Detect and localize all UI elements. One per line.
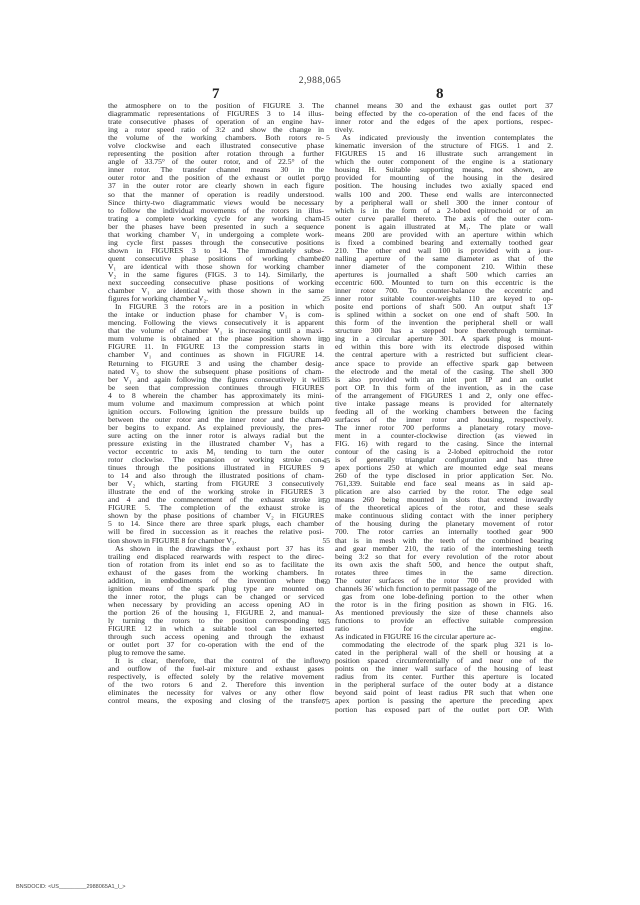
- text-line: cated in the peripheral wall of the shel…: [335, 649, 553, 657]
- text-line: to 14 and also through the illustrated p…: [108, 472, 324, 480]
- text-line: outer curve parallel thereto. The axis o…: [335, 215, 553, 223]
- text-line: In FIGURE 3 the rotors are in a position…: [108, 303, 324, 311]
- text-line: apertures is journalled a shaft 500 whic…: [335, 271, 553, 279]
- text-line: nated V₃ to show the subsequent phase po…: [108, 368, 324, 376]
- text-line: FIGURE 5. The completion of the exhaust …: [108, 504, 324, 512]
- text-line: posite end portions of shaft 500. An out…: [335, 303, 553, 311]
- text-line: ing cycle first passes through the conse…: [108, 239, 324, 247]
- text-line: rotor clockwise. The expansion or workin…: [108, 456, 324, 464]
- text-line: that working chamber V₁ in undergoing a …: [108, 231, 324, 239]
- text-line: and 4 and the commencement of the exhaus…: [108, 496, 324, 504]
- text-line: the volume of the working chambers. Both…: [108, 134, 324, 142]
- text-line: shown by the phase positions of chamber …: [108, 512, 324, 520]
- text-line: tinues through the positions illustrated…: [108, 464, 324, 472]
- text-line: Since thirty-two diagrammatic views woul…: [108, 199, 324, 207]
- text-line: the central aperture with a restricted b…: [335, 351, 553, 359]
- line-number: 10: [316, 175, 330, 183]
- text-line: The inner rotor 700 performs a planetary…: [335, 424, 553, 432]
- text-line: volve clockwise and each illustrated con…: [108, 142, 324, 150]
- text-line: 700. The rotor carries an internally too…: [335, 528, 553, 536]
- text-line: the portion 26 of the housing 1, FIGURE …: [108, 609, 324, 617]
- text-line: ing in a circular aperture 301. A spark …: [335, 335, 553, 343]
- text-line: apex portions 250 at which are mounted e…: [335, 464, 553, 472]
- text-line: ing a rotor speed ratio of 3:2 and show …: [108, 126, 324, 134]
- text-line: As indicated previously the invention co…: [335, 134, 553, 142]
- text-line: tively.: [335, 126, 553, 134]
- text-line: plication are also carried by the rotor.…: [335, 488, 553, 496]
- text-line: tive intake passage means is provided fo…: [335, 400, 553, 408]
- text-line: It is clear, therefore, that the control…: [108, 657, 324, 665]
- text-line: FIGURES 15 and 16 illustrate such arrang…: [335, 150, 553, 158]
- text-line: between the outer rotor and the inner ro…: [108, 416, 324, 424]
- text-line: FIG. 16) with regard to the casing. Sinc…: [335, 440, 553, 448]
- text-line: portion has exposed part of the outlet p…: [335, 706, 553, 714]
- text-line: outer rotor and the position of the exha…: [108, 174, 324, 182]
- text-line: when necessary by providing an access op…: [108, 601, 324, 609]
- text-line: ment in a counter-clockwise direction (a…: [335, 432, 553, 440]
- line-number: 45: [316, 457, 330, 465]
- text-line: provided for mounting of the housing in …: [335, 174, 553, 182]
- line-number: 5: [316, 134, 330, 142]
- text-line: 210. The other end wall 100 is provided …: [335, 247, 553, 255]
- text-line: its own axis the shaft 500, and hence th…: [335, 561, 553, 569]
- text-line: which the outer component of the engine …: [335, 158, 553, 166]
- left-text-column: the atmosphere on to the position of FIG…: [108, 102, 324, 706]
- text-line: ber begins to expand. As explained previ…: [108, 424, 324, 432]
- text-line: of the housing during the planetary move…: [335, 520, 553, 528]
- text-line: channels 36′ which function to permit pa…: [335, 585, 553, 593]
- text-line: by a peripheral wall or shell 300 the in…: [335, 199, 553, 207]
- text-line: contour of the casing is a 2-lobed epitr…: [335, 448, 553, 456]
- line-number: 30: [316, 336, 330, 344]
- line-number: 70: [316, 658, 330, 666]
- text-line: is fixed a combined bearing and external…: [335, 239, 553, 247]
- text-line: feeding all of the working chambers betw…: [335, 408, 553, 416]
- text-line: position. The housing includes two axial…: [335, 182, 553, 190]
- text-line: port OP. In this form of the invention, …: [335, 384, 553, 392]
- text-line: ber V₂ which, starting from FIGURE 3 con…: [108, 480, 324, 488]
- text-line: exhaust of the gases from the working ch…: [108, 569, 324, 577]
- text-line: the rotor is in the firing position as s…: [335, 601, 553, 609]
- text-line: be seen that compression continues throu…: [108, 384, 324, 392]
- text-line: addition, in embodiments of the inventio…: [108, 577, 324, 585]
- text-line: vector eccentric to axis M₁ tending to t…: [108, 448, 324, 456]
- text-line: inner rotor. The transfer channel means …: [108, 166, 324, 174]
- text-line: housing H. Suitable supporting means, no…: [335, 166, 553, 174]
- text-line: V₂ in the same figures (FIGS. 3 to 14). …: [108, 271, 324, 279]
- line-number: 25: [316, 295, 330, 303]
- text-line: being effected by the co-operation of th…: [335, 110, 553, 118]
- text-line: tion shown in FIGURE 8 for chamber V₃.: [108, 537, 324, 545]
- text-line: which is in the form of a 2-lobed epitro…: [335, 207, 553, 215]
- text-line: gas from one lobe-defining portion to th…: [335, 593, 553, 601]
- text-line: the electrode and the metal of the casin…: [335, 368, 553, 376]
- text-line: channel means 30 and the exhaust gas out…: [335, 102, 553, 110]
- line-number: 60: [316, 578, 330, 586]
- line-number: 55: [316, 537, 330, 545]
- text-line: is splined within a socket on one end of…: [335, 311, 553, 319]
- text-line: that the volume of chamber V₁ is increas…: [108, 327, 324, 335]
- text-line: make continuous sliding contact with the…: [335, 512, 553, 520]
- text-line: ly turning the rotors to the position co…: [108, 617, 324, 625]
- text-line: of the theoretical apices of the rotor, …: [335, 504, 553, 512]
- text-line: As shown in the drawings the exhaust por…: [108, 545, 324, 553]
- text-line: ance space to provide an effective spark…: [335, 360, 553, 368]
- text-line: pressure existing in the illustrated cha…: [108, 440, 324, 448]
- text-line: The outer surfaces of the rotor 700 are …: [335, 577, 553, 585]
- text-line: means 200 are provided with an aperture …: [335, 231, 553, 239]
- text-line: ratio for the engine.: [335, 625, 553, 633]
- text-line: to follow the individual movements of th…: [108, 207, 324, 215]
- text-line: will be fired in succession as it reache…: [108, 528, 324, 536]
- text-line: angle of 33.75° of the outer rotor, and …: [108, 158, 324, 166]
- text-line: mum volume and maximum compression at wh…: [108, 400, 324, 408]
- text-line: 4 to 8 wherein the chamber has approxima…: [108, 392, 324, 400]
- text-line: 260 of the type disclosed in prior appli…: [335, 472, 553, 480]
- text-line: ber the phases have been presented in su…: [108, 223, 324, 231]
- text-line: is of generally triangular configuration…: [335, 456, 553, 464]
- line-number: 75: [316, 698, 330, 706]
- text-line: diagrammatic representations of FIGURES …: [108, 110, 324, 118]
- text-line: 37 in the outer rotor are clearly shown …: [108, 182, 324, 190]
- text-line: eliminates the necessity for valves or a…: [108, 689, 324, 697]
- text-line: mencing. Following the views consecutive…: [108, 319, 324, 327]
- text-line: inner rotor and the edges of the apex po…: [335, 118, 553, 126]
- text-line: inner diameter of the component 210. Wit…: [335, 263, 553, 271]
- text-line: As indicated in FIGURE 16 the circular a…: [335, 633, 553, 641]
- text-line: As mentioned previously the size of thes…: [335, 609, 553, 617]
- text-line: V₁ are identical with those shown for wo…: [108, 263, 324, 271]
- text-line: FIGURE 11. In FIGURE 13 the compression …: [108, 343, 324, 351]
- document-id-footer: BNSDOCID: <US_________2988065A1_I_>: [16, 884, 125, 890]
- text-line: ber V₁ and again following the figures c…: [108, 376, 324, 384]
- text-line: quent consecutive phase positions of wor…: [108, 255, 324, 263]
- text-line: control means, the exposing and closing …: [108, 697, 324, 705]
- text-line: surfaces of the inner rotor and housing,…: [335, 416, 553, 424]
- text-line: in the peripheral surface of the outer b…: [335, 681, 553, 689]
- text-line: nalling aperture of the same diameter as…: [335, 255, 553, 263]
- text-line: Returning to FIGURE 3 and using the cham…: [108, 360, 324, 368]
- text-line: or outlet port 37 for co-operation with …: [108, 641, 324, 649]
- text-line: apex portion is passing the aperture the…: [335, 697, 553, 705]
- text-line: of the arrangement of FIGURES 1 and 2, o…: [335, 392, 553, 400]
- patent-number: 2,988,065: [0, 76, 640, 86]
- text-line: eccentric 600. Mounted to turn on this e…: [335, 279, 553, 287]
- text-line: commodating the electrode of the spark p…: [335, 641, 553, 649]
- text-line: functions to provide an effective suitab…: [335, 617, 553, 625]
- right-text-column: channel means 30 and the exhaust gas out…: [335, 102, 553, 714]
- text-line: radius from its center. Further this ape…: [335, 673, 553, 681]
- text-line: of the two rotors 6 and 2. Therefore thi…: [108, 681, 324, 689]
- text-line: the intake or induction phase for chambe…: [108, 311, 324, 319]
- text-line: mum volume is obtained at the phase posi…: [108, 335, 324, 343]
- text-line: this form of the invention the periphera…: [335, 319, 553, 327]
- text-line: representing the position after rotation…: [108, 150, 324, 158]
- line-number: 65: [316, 618, 330, 626]
- text-line: tion of rotation from its inlet end so a…: [108, 561, 324, 569]
- line-number: 50: [316, 497, 330, 505]
- text-line: figures for working chamber V₂.: [108, 295, 324, 303]
- text-line: means 260 being mounted in slots that ex…: [335, 496, 553, 504]
- text-line: structure 300 has a stepped bore thereth…: [335, 327, 553, 335]
- line-number: 15: [316, 215, 330, 223]
- text-line: inner rotor 700. To counter-balance the …: [335, 287, 553, 295]
- text-line: being 3:2 so that for every revolution o…: [335, 553, 553, 561]
- text-line: plug to remove the same.: [108, 649, 324, 657]
- text-line: position spaced circumferentially of and…: [335, 657, 553, 665]
- text-line: next succeeding consecutive phase positi…: [108, 279, 324, 287]
- column-number-right: 8: [436, 86, 444, 103]
- text-line: kinematic inversion of the structure of …: [335, 142, 553, 150]
- text-line: inner rotor suitable counter-weights 110…: [335, 295, 553, 303]
- line-number: 35: [316, 376, 330, 384]
- text-line: ignition occurs. Following ignition the …: [108, 408, 324, 416]
- text-line: that is in mesh with the teeth of the co…: [335, 537, 553, 545]
- column-number-left: 7: [212, 86, 220, 103]
- text-line: walls 100 and 200. These end walls are i…: [335, 191, 553, 199]
- text-line: respectively, is effected solely by the …: [108, 673, 324, 681]
- text-line: through such access opening and through …: [108, 633, 324, 641]
- text-line: trate consecutive phases of operation of…: [108, 118, 324, 126]
- text-line: 761,339. Suitable end face seal means as…: [335, 480, 553, 488]
- text-line: chamber V₁ and continues as shown in FIG…: [108, 351, 324, 359]
- text-line: FIGURE 12 in which a suitable tool can b…: [108, 625, 324, 633]
- text-line: the inner rotor, the plugs can be change…: [108, 593, 324, 601]
- line-number: 40: [316, 416, 330, 424]
- text-line: sure acting on the inner rotor is always…: [108, 432, 324, 440]
- text-line: ignition means of the spark plug type ar…: [108, 585, 324, 593]
- text-line: and gear member 210, the ratio of the in…: [335, 545, 553, 553]
- text-line: shown in FIGURES 3 to 14. The immediatel…: [108, 247, 324, 255]
- text-line: chamber V₁ are identical with those show…: [108, 287, 324, 295]
- text-line: and outflow of the fuel-air mixture and …: [108, 665, 324, 673]
- text-line: 5 to 14. Since there are three spark plu…: [108, 520, 324, 528]
- text-line: trating a complete working cycle for any…: [108, 215, 324, 223]
- text-line: ed within this bore with its electrode d…: [335, 343, 553, 351]
- text-line: is also provided with an inlet port IP a…: [335, 376, 553, 384]
- line-number: 20: [316, 255, 330, 263]
- text-line: illustrate the end of the working stroke…: [108, 488, 324, 496]
- text-line: so that the manner of operation is readi…: [108, 191, 324, 199]
- text-line: ponent is again illustrated at M₁. The p…: [335, 223, 553, 231]
- text-line: the atmosphere on to the position of FIG…: [108, 102, 324, 110]
- text-line: beyond said point of least radius PR suc…: [335, 689, 553, 697]
- text-line: trailing end displaced rearwards with re…: [108, 553, 324, 561]
- text-line: points on the inner wall surface of the …: [335, 665, 553, 673]
- text-line: rotates three times in the same directio…: [335, 569, 553, 577]
